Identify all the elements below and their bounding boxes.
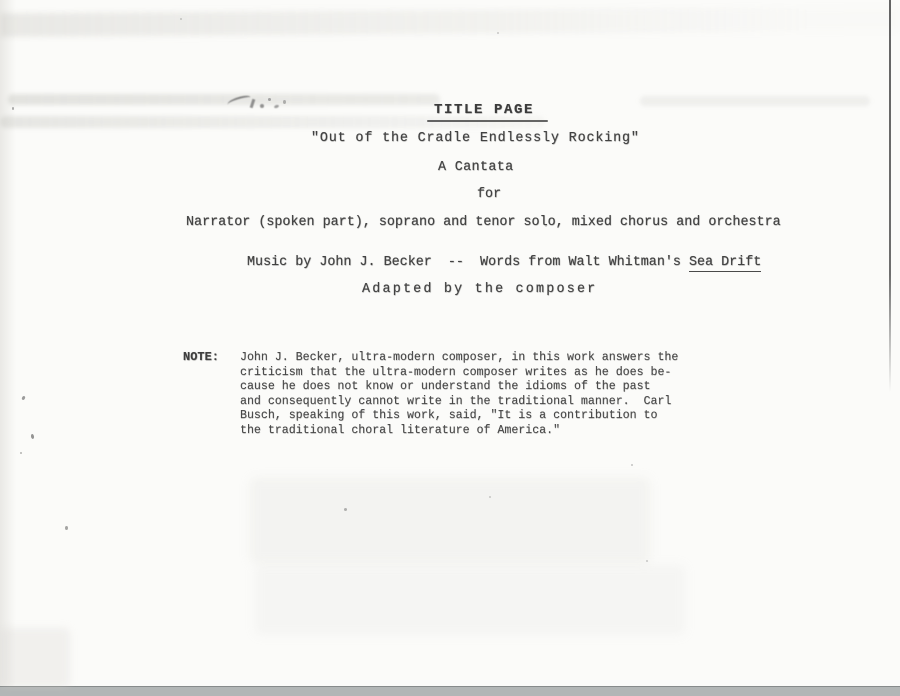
note-text-line: Busch, speaking of this work, said, "It … [240,409,657,422]
work-subtitle: A Cantata [438,161,513,176]
scan-speck [21,396,25,401]
note-text-line: criticism that the ultra-modern composer… [240,366,671,379]
bleedthrough-blob [255,565,685,635]
credit-prefix: Music by John J. Becker -- Words from Wa… [247,255,689,270]
scan-speck [65,526,68,530]
note-text-line: John J. Becker, ultra-modern composer, i… [240,351,678,364]
bleedthrough-blob [0,628,70,688]
scanner-tray-strip [0,686,900,696]
adapted-line: Adapted by the composer [362,283,597,298]
scan-speck [180,18,182,20]
scanned-title-page: TITLE PAGE "Out of the Cradle Endlessly … [0,0,900,696]
scan-speck [631,464,633,466]
pencil-smudge [260,104,264,108]
heading-underline [427,120,548,122]
bleedthrough-band [8,94,440,105]
pencil-smudge [283,100,286,104]
scan-speck [497,32,499,34]
pencil-smudge [268,98,271,101]
scan-edge-line [889,0,891,392]
pencil-smudge [274,104,280,109]
note-text-line: and consequently cannot write in the tra… [240,395,671,408]
scan-speck [20,452,22,454]
scan-speck [646,560,648,562]
scan-speck [344,508,347,511]
scan-speck [489,496,491,498]
work-title: "Out of the Cradle Endlessly Rocking" [311,132,640,147]
credit-line: Music by John J. Becker -- Words from Wa… [247,256,761,271]
note-text-line: cause he does not know or understand the… [240,380,651,393]
scan-speck [12,107,14,110]
note-label: NOTE: [183,351,219,364]
for-word: for [477,188,501,203]
forces-line: Narrator (spoken part), soprano and teno… [186,216,781,231]
page-heading: TITLE PAGE [434,103,534,118]
bleedthrough-band [640,96,870,106]
note-text-line: the traditional choral literature of Ame… [240,424,560,437]
scan-speck [31,434,35,439]
scan-shadow-band [0,7,900,37]
credit-source-underlined: Sea Drift [689,255,761,272]
bleedthrough-blob [250,478,650,563]
